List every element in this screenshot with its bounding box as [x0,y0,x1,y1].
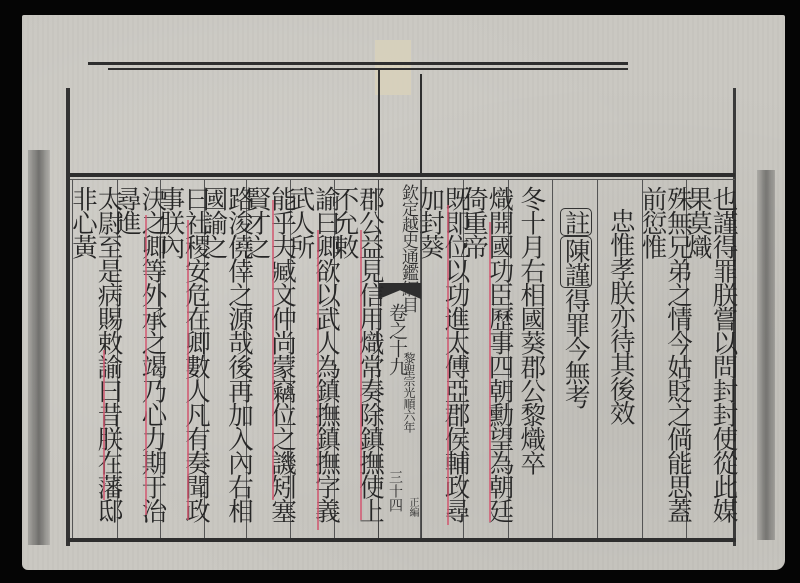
text-column-2: 殊無兄弟之情今姑貶之倘能思蓋前愆惟 [642,180,686,538]
text-column-4-note: 註陳謹得罪今無考 [552,180,597,538]
column-text: 太尉至是病賜敕諭曰昔朕在藩邸非心黃 [70,180,121,538]
red-punctuation-mark [272,200,274,500]
text-column-7: 既即位以功進太傅亞郡侯輔政尋加封葵 [420,180,463,538]
binding-stain-left [28,150,50,545]
red-punctuation-mark [489,222,491,522]
text-column-14: 太尉至是病賜敕諭曰昔朕在藩邸非心黃 [72,180,117,538]
column-text: 忠惟孝朕亦待其後效 [607,180,633,538]
red-punctuation-mark [103,350,105,500]
red-punctuation-mark [360,230,362,520]
boxed-name: 陳謹 [560,236,592,288]
frame-top-rule [70,173,735,177]
headnote-divider-left [378,70,380,175]
frame-bottom-rule [68,538,736,542]
headnote-divider-right [420,74,422,175]
red-punctuation-mark [317,230,319,530]
top-double-rule [88,62,628,65]
column-text: 冬十月右相國葵郡公黎熾卒 [518,180,544,538]
column-text: 殊無兄弟之情今姑貶之倘能思蓋前愆惟 [639,180,690,538]
text-column-3: 忠惟孝朕亦待其後效 [597,180,642,538]
reign-note: 黎聖宗光順六年 [401,352,418,433]
column-text: 既即位以功進太傅亞郡侯輔政尋加封葵 [417,180,468,538]
note-text: 得罪今無考 [561,288,591,408]
red-punctuation-mark [187,220,189,520]
edition-label: 正編 [405,497,420,517]
column-text: 註陳謹得罪今無考 [562,180,588,538]
page-number: 三十四 [385,470,405,512]
text-column-1: 也謹得罪朕嘗以問封封使從此媒果莫熾 [686,180,733,538]
annotation-marker: 註 [560,208,592,236]
red-punctuation-mark [145,215,147,515]
text-column-5-heading: 冬十月右相國葵郡公黎熾卒 [508,180,552,538]
binding-stain-right [757,170,775,540]
top-double-rule-inner [108,68,628,70]
red-punctuation-mark [447,205,449,525]
